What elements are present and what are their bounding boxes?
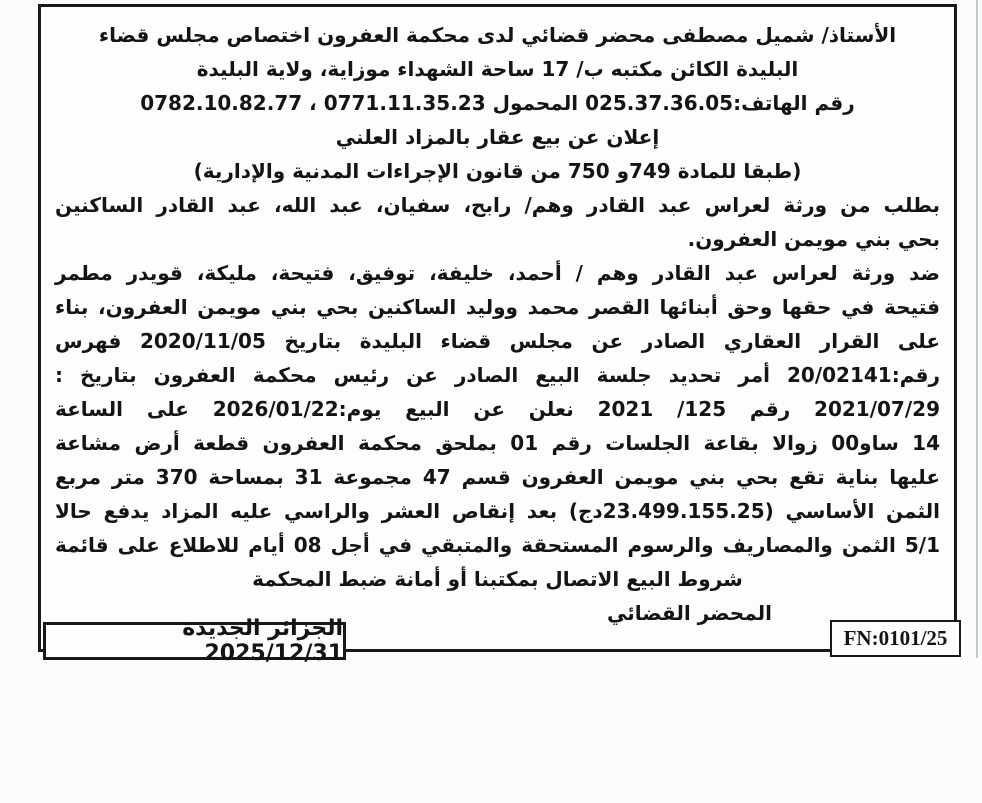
bailiff-header-line-2: البليدة الكائن مكتبه ب/ 17 ساحة الشهداء …	[55, 52, 940, 86]
publication-date-stamp: الجزائر الجديدة 2025/12/31	[43, 622, 346, 660]
document-body: الأستاذ/ شميل مصطفى محضر قضائي لدى محكمة…	[41, 7, 954, 630]
body-line: عليها بناية تقع بحي بني مويمن العفرون قس…	[55, 460, 940, 494]
body-line: 2021/07/29 رقم 125/ 2021 نعلن عن البيع ي…	[55, 392, 940, 426]
body-line: الثمن الأساسي (23.499.155.25دج) بعد إنقا…	[55, 494, 940, 528]
legal-basis-subtitle: (طبقا للمادة 749و 750 من قانون الإجراءات…	[55, 154, 940, 188]
announcement-title: إعلان عن بيع عقار بالمزاد العلني	[55, 120, 940, 154]
body-line: 14 ساو00 زوالا بقاعة الجلسات رقم 01 بملح…	[55, 426, 940, 460]
announcement-border-box: الأستاذ/ شميل مصطفى محضر قضائي لدى محكمة…	[38, 4, 957, 652]
body-line: 5/1 الثمن والمصاريف والرسوم المستحقة وال…	[55, 528, 940, 562]
body-line: بحي بني مويمن العفرون.	[55, 222, 940, 256]
body-line: شروط البيع الاتصال بمكتبنا أو أمانة ضبط …	[55, 562, 940, 596]
body-line: بطلب من ورثة لعراس عبد القادر وهم/ رابح،…	[55, 188, 940, 222]
body-line: فتيحة في حقها وحق أبنائها القصر محمد وول…	[55, 290, 940, 324]
body-line: ضد ورثة لعراس عبد القادر وهم / أحمد، خلي…	[55, 256, 940, 290]
scan-edge-artifact	[976, 0, 978, 658]
scanned-document-page: الأستاذ/ شميل مصطفى محضر قضائي لدى محكمة…	[0, 0, 982, 803]
phone-numbers-line: رقم الهاتف:025.37.36.05 المحمول 0771.11.…	[55, 86, 940, 120]
bailiff-header-line-1: الأستاذ/ شميل مصطفى محضر قضائي لدى محكمة…	[55, 18, 940, 52]
file-number-stamp: FN:0101/25	[830, 620, 961, 657]
body-line: رقم:20/02141 أمر تحديد جلسة البيع الصادر…	[55, 358, 940, 392]
body-line: على القرار العقاري الصادر عن مجلس قضاء ا…	[55, 324, 940, 358]
